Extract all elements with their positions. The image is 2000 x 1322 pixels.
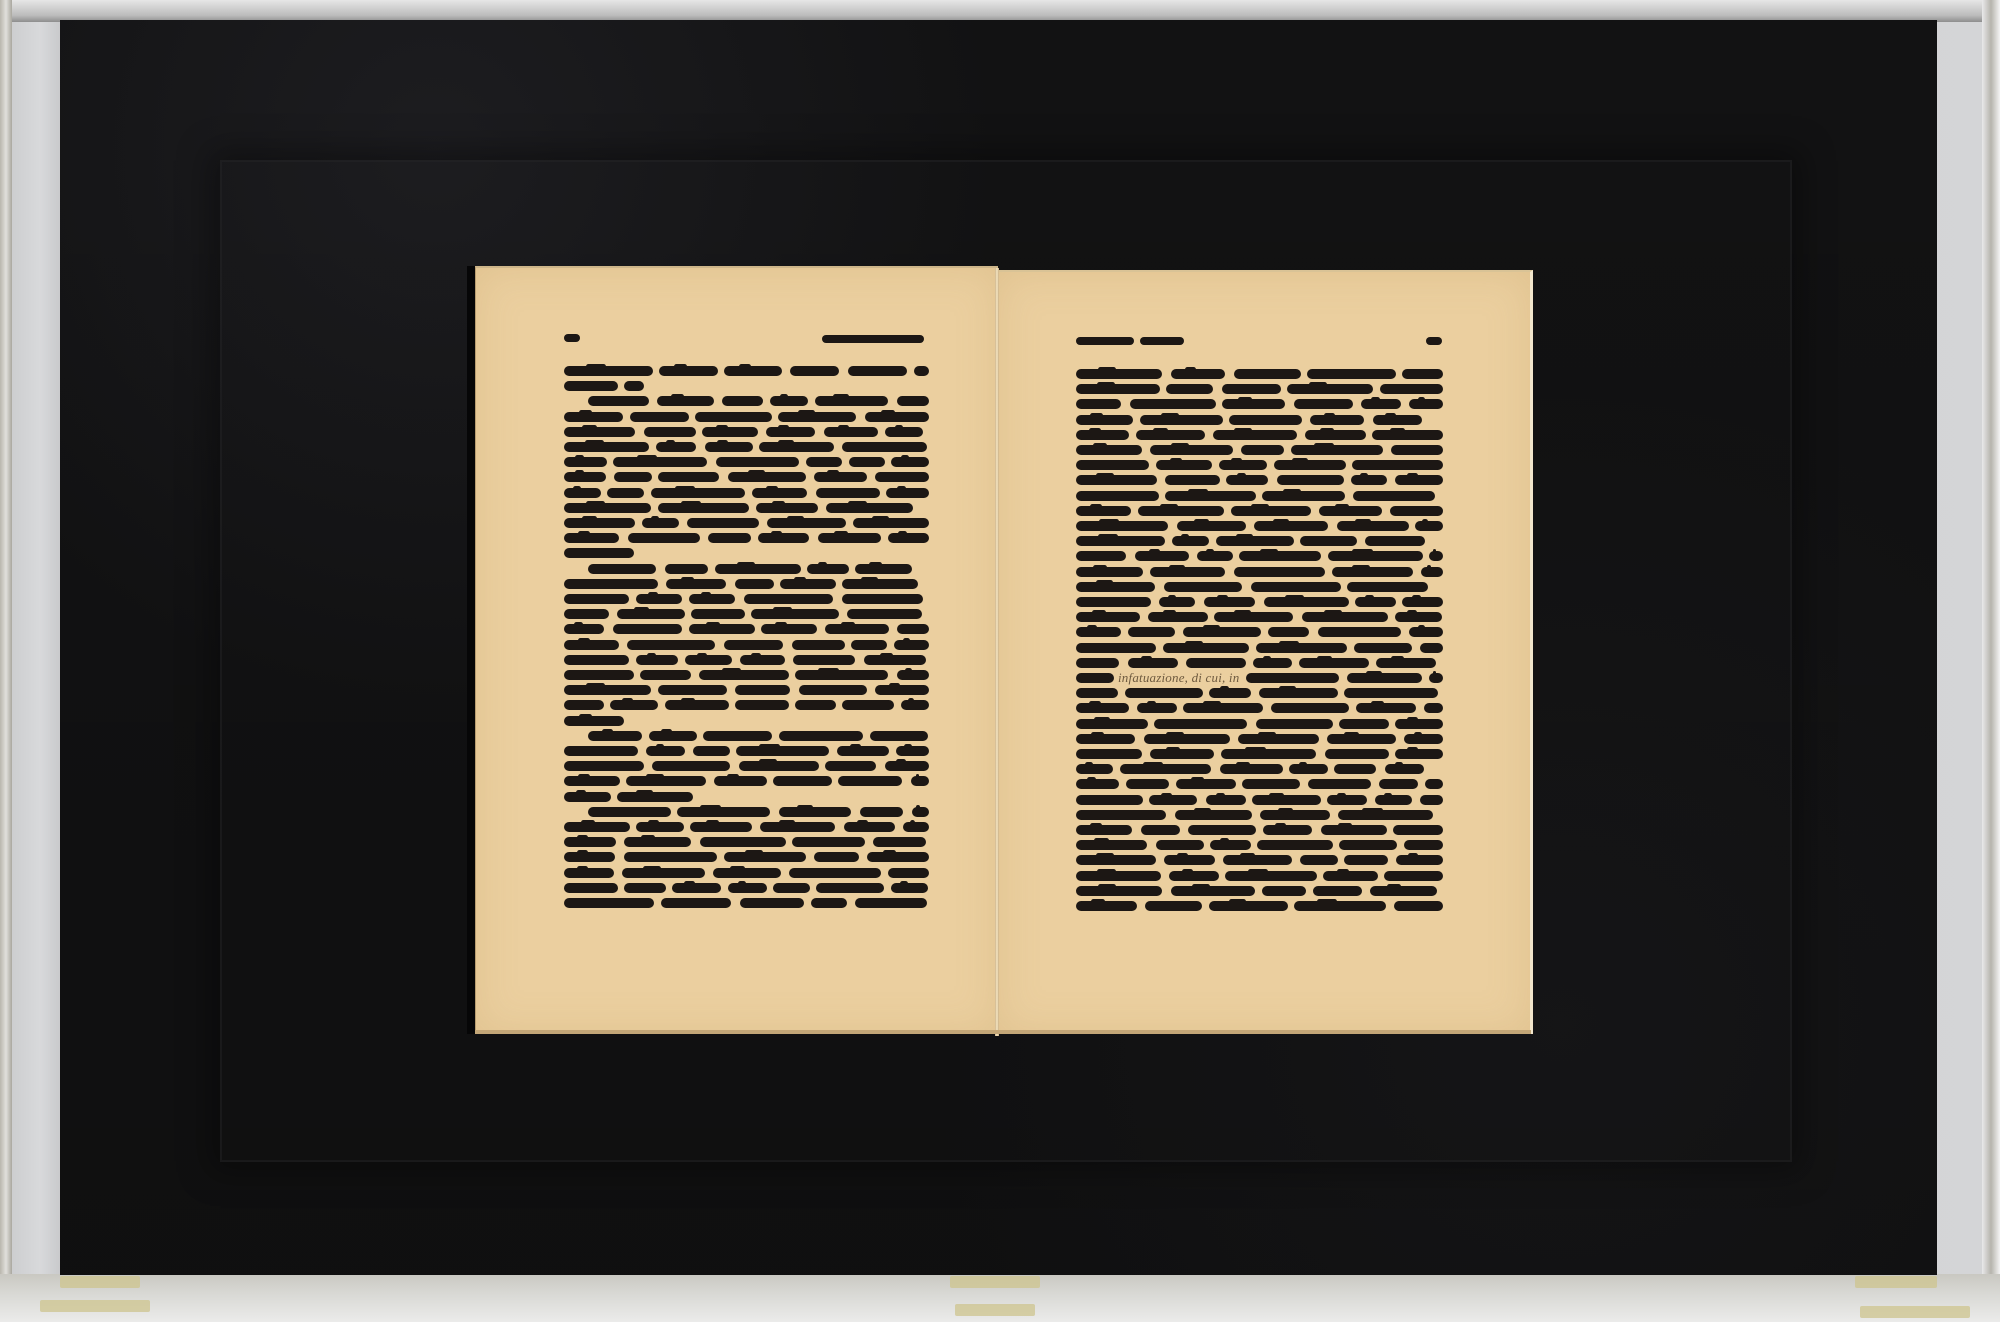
mounting-tape xyxy=(1860,1306,1970,1318)
open-book: infatuazione, di cui, in xyxy=(475,266,1533,1034)
mounting-tape xyxy=(1855,1276,1937,1288)
right-page: infatuazione, di cui, in xyxy=(998,270,1533,1034)
mounting-tape xyxy=(950,1276,1040,1288)
plexiglass-left-edge xyxy=(0,0,12,1322)
left-page xyxy=(475,266,998,1034)
book-spine xyxy=(995,268,999,1036)
redacted-text-block-left xyxy=(564,366,929,906)
plexiglass-top-edge xyxy=(0,0,2000,22)
unredacted-phrase: infatuazione, di cui, in xyxy=(1118,672,1239,684)
mounting-tape xyxy=(40,1300,150,1312)
mounting-tape xyxy=(955,1304,1035,1316)
running-head-redacted xyxy=(1140,337,1184,345)
page-number-redacted xyxy=(564,334,580,342)
mounting-tape xyxy=(60,1276,140,1288)
redacted-text-block-right: infatuazione, di cui, in xyxy=(1076,369,1443,909)
plexiglass-right-edge xyxy=(1982,0,2000,1322)
running-head-redacted xyxy=(822,335,924,343)
running-head-redacted xyxy=(1076,337,1134,345)
page-number-redacted xyxy=(1426,337,1442,345)
